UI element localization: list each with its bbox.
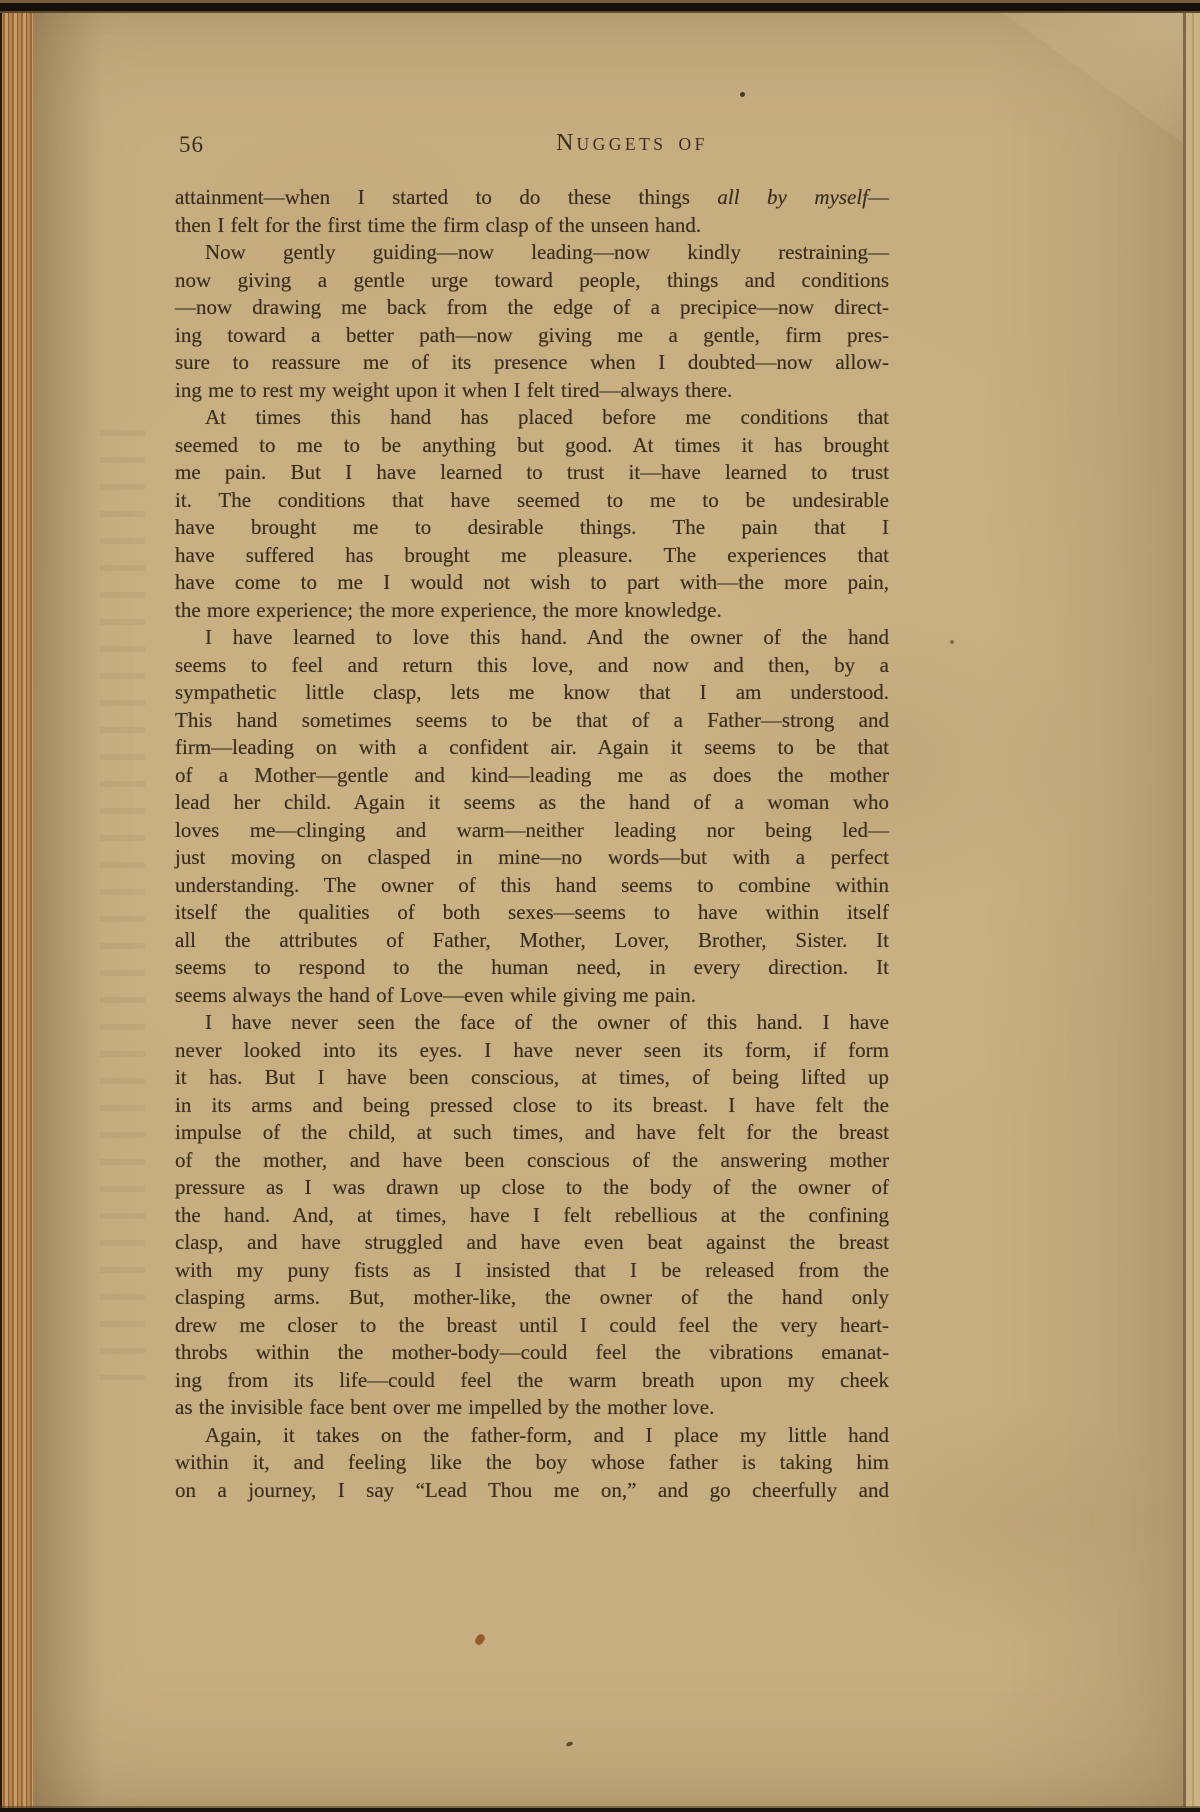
text-line: just moving on clasped in mine—no words—… bbox=[175, 844, 889, 872]
text-segment: lead her child. Again it seems as the ha… bbox=[175, 790, 889, 814]
text-segment: the hand. And, at times, have I felt reb… bbox=[175, 1203, 889, 1227]
text-segment: At times this hand has placed before me … bbox=[205, 405, 889, 429]
running-title-word1: UGGETS bbox=[576, 134, 666, 154]
text-line: At times this hand has placed before me … bbox=[175, 404, 889, 432]
ink-bleedthrough bbox=[100, 430, 145, 1380]
text-line: have suffered has brought me pleasure. T… bbox=[175, 542, 889, 570]
text-segment: clasp, and have struggled and have even … bbox=[175, 1230, 889, 1254]
text-line: Again, it takes on the father-form, and … bbox=[175, 1422, 889, 1450]
paper-speck bbox=[566, 1741, 574, 1747]
scan-bottom-edge bbox=[0, 1806, 1200, 1812]
text-line: seems to feel and return this love, and … bbox=[175, 652, 889, 680]
text-line: —now drawing me back from the edge of a … bbox=[175, 294, 889, 322]
paragraph: I have learned to love this hand. And th… bbox=[175, 624, 889, 1009]
running-title-initial: N bbox=[556, 130, 576, 156]
page-header: 56 NUGGETSOF bbox=[0, 130, 1200, 166]
text-line: all the attributes of Father, Mother, Lo… bbox=[175, 927, 889, 955]
text-segment: drew me closer to the breast until I cou… bbox=[175, 1313, 889, 1337]
text-line: have come to me I would not wish to part… bbox=[175, 569, 889, 597]
text-line: the more experience; the more experience… bbox=[175, 597, 889, 625]
text-line: on a journey, I say “Lead Thou me on,” a… bbox=[175, 1477, 889, 1505]
text-segment: seemed to me to be anything but good. At… bbox=[175, 433, 889, 457]
text-segment: never looked into its eyes. I have never… bbox=[175, 1038, 889, 1062]
text-segment: clasping arms. But, mother-like, the own… bbox=[175, 1285, 889, 1309]
text-segment: then I felt for the first time the firm … bbox=[175, 213, 701, 237]
paper-speck bbox=[474, 1633, 487, 1647]
text-segment: it has. But I have been conscious, at ti… bbox=[175, 1065, 889, 1089]
text-segment: seems to respond to the human need, in e… bbox=[175, 955, 889, 979]
text-segment: firm—leading on with a confident air. Ag… bbox=[175, 735, 889, 759]
text-segment: impulse of the child, at such times, and… bbox=[175, 1120, 889, 1144]
text-segment: —now drawing me back from the edge of a … bbox=[175, 295, 889, 319]
text-line: throbs within the mother-body—could feel… bbox=[175, 1339, 889, 1367]
scan-top-edge bbox=[0, 0, 1200, 13]
spine-shadow bbox=[33, 0, 103, 1812]
text-segment: have suffered has brought me pleasure. T… bbox=[175, 543, 889, 567]
text-segment: itself the qualities of both sexes—seems… bbox=[175, 900, 889, 924]
text-line: sympathetic little clasp, lets me know t… bbox=[175, 679, 889, 707]
text-line: drew me closer to the breast until I cou… bbox=[175, 1312, 889, 1340]
text-segment: within it, and feeling like the boy whos… bbox=[175, 1450, 889, 1474]
text-segment: pressure as I was drawn up close to the … bbox=[175, 1175, 889, 1199]
text-line: lead her child. Again it seems as the ha… bbox=[175, 789, 889, 817]
text-segment: on a journey, I say “Lead Thou me on,” a… bbox=[175, 1478, 889, 1502]
text-segment: have come to me I would not wish to part… bbox=[175, 570, 889, 594]
paragraph: Again, it takes on the father-form, and … bbox=[175, 1422, 889, 1505]
text-line: loves me—clinging and warm—neither leadi… bbox=[175, 817, 889, 845]
paragraph: At times this hand has placed before me … bbox=[175, 404, 889, 624]
text-line: ing me to rest my weight upon it when I … bbox=[175, 377, 889, 405]
text-line: it. The conditions that have seemed to m… bbox=[175, 487, 889, 515]
page-number: 56 bbox=[179, 132, 204, 158]
text-segment: as the invisible face bent over me impel… bbox=[175, 1395, 714, 1419]
right-margin-shading bbox=[983, 0, 1183, 1812]
text-segment: have brought me to desirable things. The… bbox=[175, 515, 889, 539]
text-line: I have learned to love this hand. And th… bbox=[175, 624, 889, 652]
text-segment: all the attributes of Father, Mother, Lo… bbox=[175, 928, 889, 952]
text-line: understanding. The owner of this hand se… bbox=[175, 872, 889, 900]
text-segment: throbs within the mother-body—could feel… bbox=[175, 1340, 889, 1364]
text-segment: now giving a gentle urge toward people, … bbox=[175, 268, 889, 292]
text-segment: just moving on clasped in mine—no words—… bbox=[175, 845, 889, 869]
text-segment: of the mother, and have been conscious o… bbox=[175, 1148, 889, 1172]
text-segment: seems to feel and return this love, and … bbox=[175, 653, 889, 677]
text-line: attainment—when I started to do these th… bbox=[175, 184, 889, 212]
page-right-edge bbox=[1183, 13, 1200, 1807]
paragraph: attainment—when I started to do these th… bbox=[175, 184, 889, 239]
text-line: I have never seen the face of the owner … bbox=[175, 1009, 889, 1037]
text-line: then I felt for the first time the firm … bbox=[175, 212, 889, 240]
text-segment: Again, it takes on the father-form, and … bbox=[205, 1423, 889, 1447]
text-segment: it. The conditions that have seemed to m… bbox=[175, 488, 889, 512]
text-line: in its arms and being pressed close to i… bbox=[175, 1092, 889, 1120]
text-line: pressure as I was drawn up close to the … bbox=[175, 1174, 889, 1202]
text-segment: Now gently guiding—now leading—now kindl… bbox=[205, 240, 889, 264]
text-segment: in its arms and being pressed close to i… bbox=[175, 1093, 889, 1117]
book-spine-edge bbox=[0, 0, 33, 1812]
text-segment: ing from its life—could feel the warm br… bbox=[175, 1368, 889, 1392]
text-line: clasping arms. But, mother-like, the own… bbox=[175, 1284, 889, 1312]
text-line: never looked into its eyes. I have never… bbox=[175, 1037, 889, 1065]
text-line: within it, and feeling like the boy whos… bbox=[175, 1449, 889, 1477]
text-line: me pain. But I have learned to trust it—… bbox=[175, 459, 889, 487]
text-line: ing toward a better path—now giving me a… bbox=[175, 322, 889, 350]
text-segment: attainment—when I started to do these th… bbox=[175, 185, 717, 209]
text-segment: seems always the hand of Love—even while… bbox=[175, 983, 696, 1007]
text-line: clasp, and have struggled and have even … bbox=[175, 1229, 889, 1257]
text-line: as the invisible face bent over me impel… bbox=[175, 1394, 889, 1422]
text-segment: I have never seen the face of the owner … bbox=[205, 1010, 889, 1034]
text-segment: sure to reassure me of its presence when… bbox=[175, 350, 889, 374]
text-segment: This hand sometimes seems to be that of … bbox=[175, 708, 889, 732]
text-line: firm—leading on with a confident air. Ag… bbox=[175, 734, 889, 762]
text-line: of the mother, and have been conscious o… bbox=[175, 1147, 889, 1175]
text-line: the hand. And, at times, have I felt reb… bbox=[175, 1202, 889, 1230]
body-text: attainment—when I started to do these th… bbox=[175, 184, 889, 1504]
text-segment: sympathetic little clasp, lets me know t… bbox=[175, 680, 889, 704]
text-segment: of a Mother—gentle and kind—leading me a… bbox=[175, 763, 889, 787]
text-segment: the more experience; the more experience… bbox=[175, 598, 722, 622]
paper-speck bbox=[950, 640, 954, 644]
text-line: it has. But I have been conscious, at ti… bbox=[175, 1064, 889, 1092]
text-segment: with my puny fists as I insisted that I … bbox=[175, 1258, 889, 1282]
paper-speck bbox=[740, 92, 745, 97]
text-line: have brought me to desirable things. The… bbox=[175, 514, 889, 542]
scanned-book-page: 56 NUGGETSOF attainment—when I started t… bbox=[0, 0, 1200, 1812]
text-line: impulse of the child, at such times, and… bbox=[175, 1119, 889, 1147]
text-line: ing from its life—could feel the warm br… bbox=[175, 1367, 889, 1395]
text-segment: loves me—clinging and warm—neither leadi… bbox=[175, 818, 889, 842]
text-line: with my puny fists as I insisted that I … bbox=[175, 1257, 889, 1285]
running-title-word2: OF bbox=[679, 134, 708, 154]
text-segment: ing me to rest my weight upon it when I … bbox=[175, 378, 732, 402]
text-line: sure to reassure me of its presence when… bbox=[175, 349, 889, 377]
paragraph: Now gently guiding—now leading—now kindl… bbox=[175, 239, 889, 404]
running-title: NUGGETSOF bbox=[556, 130, 708, 157]
text-line: This hand sometimes seems to be that of … bbox=[175, 707, 889, 735]
text-line: now giving a gentle urge toward people, … bbox=[175, 267, 889, 295]
text-line: seemed to me to be anything but good. At… bbox=[175, 432, 889, 460]
text-line: seems always the hand of Love—even while… bbox=[175, 982, 889, 1010]
text-segment: I have learned to love this hand. And th… bbox=[205, 625, 889, 649]
text-segment: — bbox=[868, 185, 889, 209]
text-line: of a Mother—gentle and kind—leading me a… bbox=[175, 762, 889, 790]
text-line: Now gently guiding—now leading—now kindl… bbox=[175, 239, 889, 267]
text-segment: ing toward a better path—now giving me a… bbox=[175, 323, 889, 347]
text-line: seems to respond to the human need, in e… bbox=[175, 954, 889, 982]
text-segment: me pain. But I have learned to trust it—… bbox=[175, 460, 889, 484]
paragraph: I have never seen the face of the owner … bbox=[175, 1009, 889, 1422]
text-segment: understanding. The owner of this hand se… bbox=[175, 873, 889, 897]
italic-text-segment: all by myself bbox=[717, 185, 868, 209]
text-line: itself the qualities of both sexes—seems… bbox=[175, 899, 889, 927]
